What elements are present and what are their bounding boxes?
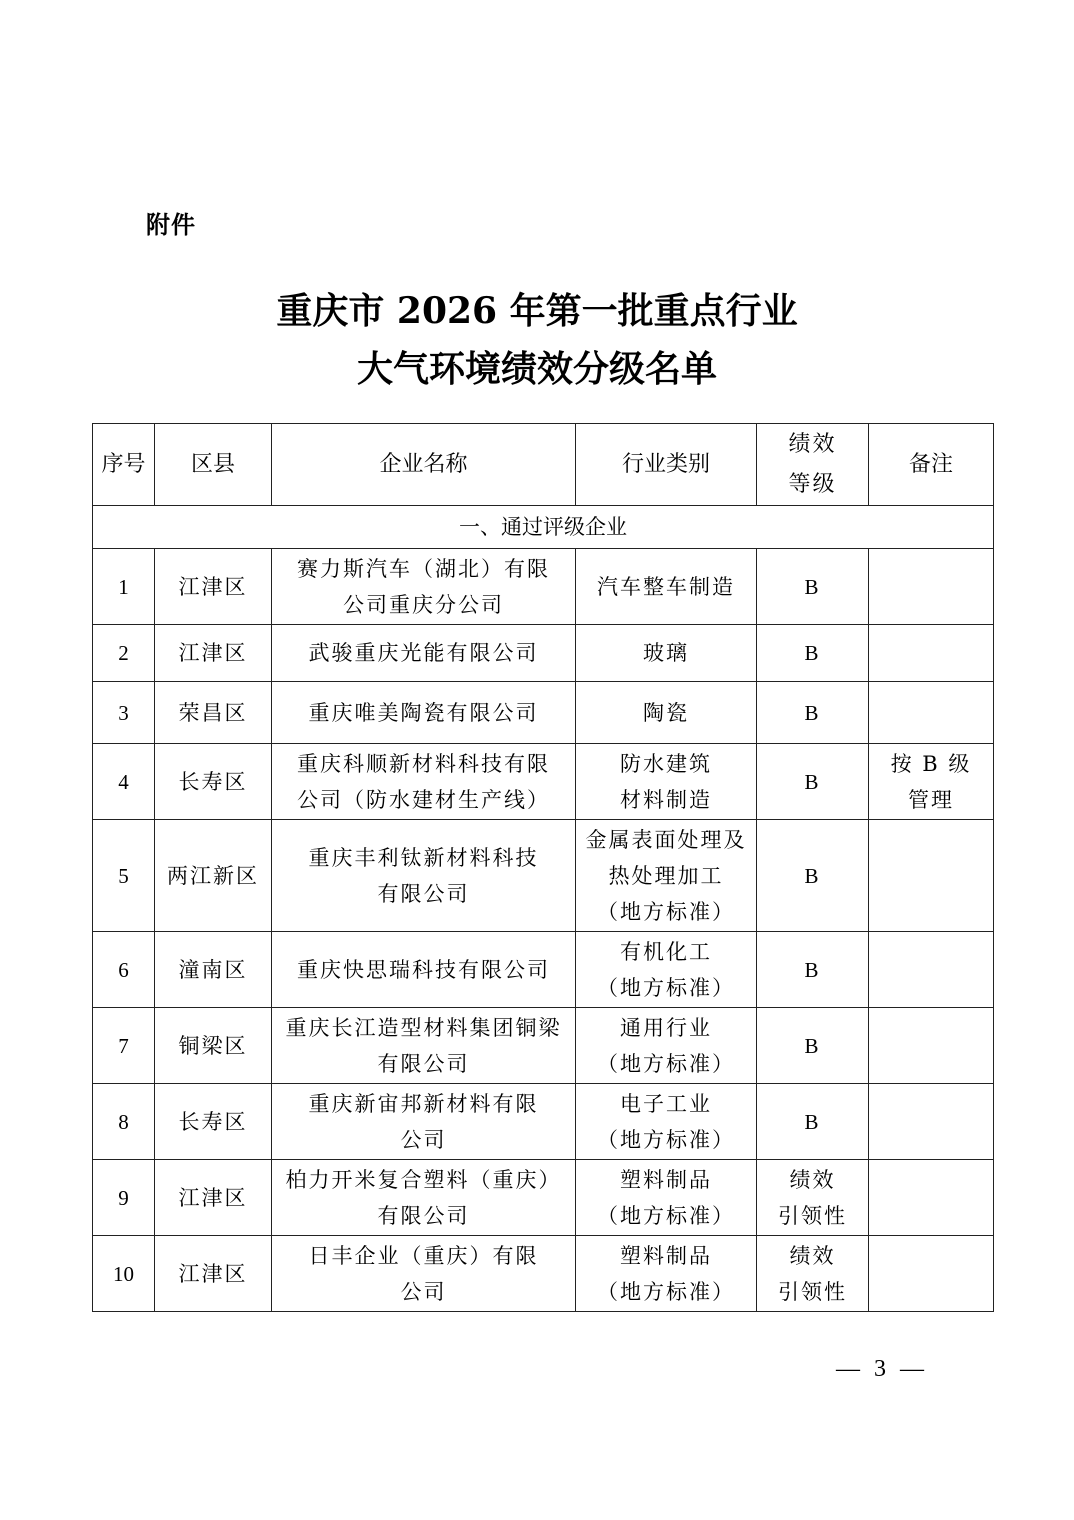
cell-grade-line: B (757, 1104, 868, 1140)
cell-industry: 通用行业（地方标准） (576, 1008, 757, 1084)
cell-grade-line: 引领性 (757, 1274, 868, 1310)
cell-seq: 3 (93, 682, 155, 744)
cell-industry-line: 塑料制品 (576, 1162, 756, 1198)
cell-company-line: 重庆唯美陶瓷有限公司 (272, 695, 575, 731)
cell-industry-line: 热处理加工 (576, 858, 756, 894)
cell-industry-line: 陶瓷 (576, 695, 756, 731)
cell-company-line: 有限公司 (272, 1198, 575, 1234)
cell-district: 江津区 (155, 549, 272, 625)
cell-grade-line: B (757, 1028, 868, 1064)
cell-district: 长寿区 (155, 1084, 272, 1160)
table-row: 7铜梁区重庆长江造型材料集团铜梁有限公司通用行业（地方标准）B (93, 1008, 994, 1084)
cell-industry: 电子工业（地方标准） (576, 1084, 757, 1160)
table-row: 5两江新区重庆丰利钛新材料科技有限公司金属表面处理及热处理加工（地方标准）B (93, 820, 994, 932)
cell-remark (869, 549, 994, 625)
cell-remark (869, 1236, 994, 1312)
cell-company: 重庆长江造型材料集团铜梁有限公司 (272, 1008, 576, 1084)
cell-company: 日丰企业（重庆）有限公司 (272, 1236, 576, 1312)
cell-grade: 绩效引领性 (757, 1160, 869, 1236)
cell-seq: 5 (93, 820, 155, 932)
table-row: 3荣昌区重庆唯美陶瓷有限公司陶瓷B (93, 682, 994, 744)
cell-industry-line: 通用行业 (576, 1010, 756, 1046)
cell-company-line: 重庆丰利钛新材料科技 (272, 840, 575, 876)
cell-grade: 绩效引领性 (757, 1236, 869, 1312)
cell-company-line: 公司 (272, 1122, 575, 1158)
cell-industry-line: 电子工业 (576, 1086, 756, 1122)
cell-company: 重庆快思瑞科技有限公司 (272, 932, 576, 1008)
cell-company-line: 重庆长江造型材料集团铜梁 (272, 1010, 575, 1046)
cell-grade: B (757, 744, 869, 820)
cell-seq: 10 (93, 1236, 155, 1312)
cell-industry-line: （地方标准） (576, 970, 756, 1006)
cell-industry-line: （地方标准） (576, 1198, 756, 1234)
cell-district: 铜梁区 (155, 1008, 272, 1084)
cell-industry-line: （地方标准） (576, 894, 756, 930)
header-remark: 备注 (869, 424, 994, 506)
cell-remark (869, 1160, 994, 1236)
cell-district: 江津区 (155, 1160, 272, 1236)
cell-district: 两江新区 (155, 820, 272, 932)
cell-company: 重庆丰利钛新材料科技有限公司 (272, 820, 576, 932)
cell-industry-line: 金属表面处理及 (576, 822, 756, 858)
cell-remark: 按 B 级管理 (869, 744, 994, 820)
cell-industry: 塑料制品（地方标准） (576, 1236, 757, 1312)
cell-remark-line: 按 B 级 (869, 746, 993, 782)
section-row: 一、通过评级企业 (93, 506, 994, 549)
cell-company: 柏力开米复合塑料（重庆）有限公司 (272, 1160, 576, 1236)
cell-seq: 7 (93, 1008, 155, 1084)
cell-industry: 汽车整车制造 (576, 549, 757, 625)
cell-district: 江津区 (155, 1236, 272, 1312)
cell-seq: 6 (93, 932, 155, 1008)
cell-grade: B (757, 932, 869, 1008)
cell-grade: B (757, 625, 869, 682)
cell-company-line: 公司 (272, 1274, 575, 1310)
cell-industry-line: （地方标准） (576, 1122, 756, 1158)
cell-company-line: 赛力斯汽车（湖北）有限 (272, 551, 575, 587)
cell-industry-line: 玻璃 (576, 635, 756, 671)
table-row: 4长寿区重庆科顺新材料科技有限公司（防水建材生产线）防水建筑材料制造B按 B 级… (93, 744, 994, 820)
cell-seq: 8 (93, 1084, 155, 1160)
table-row: 1江津区赛力斯汽车（湖北）有限公司重庆分公司汽车整车制造B (93, 549, 994, 625)
cell-company-line: 重庆快思瑞科技有限公司 (272, 952, 575, 988)
cell-company-line: 有限公司 (272, 876, 575, 912)
cell-grade: B (757, 549, 869, 625)
cell-company: 武骏重庆光能有限公司 (272, 625, 576, 682)
cell-company: 赛力斯汽车（湖北）有限公司重庆分公司 (272, 549, 576, 625)
cell-company: 重庆新宙邦新材料有限公司 (272, 1084, 576, 1160)
cell-district: 潼南区 (155, 932, 272, 1008)
cell-industry-line: 材料制造 (576, 782, 756, 818)
cell-grade-line: B (757, 952, 868, 988)
cell-industry: 玻璃 (576, 625, 757, 682)
cell-company-line: 有限公司 (272, 1046, 575, 1082)
cell-industry-line: 汽车整车制造 (576, 569, 756, 605)
header-grade-line1: 绩效 (757, 425, 868, 465)
header-grade-line2: 等级 (757, 465, 868, 505)
header-district: 区县 (155, 424, 272, 506)
cell-grade-line: B (757, 569, 868, 605)
cell-industry: 塑料制品（地方标准） (576, 1160, 757, 1236)
cell-seq: 9 (93, 1160, 155, 1236)
cell-industry-line: 有机化工 (576, 934, 756, 970)
cell-company-line: 日丰企业（重庆）有限 (272, 1238, 575, 1274)
table-header-row: 序号 区县 企业名称 行业类别 绩效 等级 备注 (93, 424, 994, 506)
cell-company: 重庆科顺新材料科技有限公司（防水建材生产线） (272, 744, 576, 820)
cell-industry: 金属表面处理及热处理加工（地方标准） (576, 820, 757, 932)
document-title: 重庆市 2026 年第一批重点行业 大气环境绩效分级名单 (0, 282, 1074, 398)
cell-company-line: 柏力开米复合塑料（重庆） (272, 1162, 575, 1198)
cell-remark (869, 625, 994, 682)
rating-list-table: 序号 区县 企业名称 行业类别 绩效 等级 备注 一、通过评级企业 1江津区赛力… (92, 423, 994, 1312)
cell-company: 重庆唯美陶瓷有限公司 (272, 682, 576, 744)
cell-industry: 陶瓷 (576, 682, 757, 744)
cell-industry-line: 防水建筑 (576, 746, 756, 782)
table-row: 6潼南区重庆快思瑞科技有限公司有机化工（地方标准）B (93, 932, 994, 1008)
cell-company-line: 公司重庆分公司 (272, 587, 575, 623)
title-line-1: 重庆市 2026 年第一批重点行业 (0, 282, 1074, 340)
title-line-2: 大气环境绩效分级名单 (0, 340, 1074, 398)
cell-remark (869, 682, 994, 744)
cell-remark-line: 管理 (869, 782, 993, 818)
cell-seq: 2 (93, 625, 155, 682)
cell-district: 江津区 (155, 625, 272, 682)
cell-remark (869, 820, 994, 932)
cell-seq: 4 (93, 744, 155, 820)
cell-remark (869, 932, 994, 1008)
cell-industry-line: （地方标准） (576, 1274, 756, 1310)
section-title: 一、通过评级企业 (93, 506, 994, 549)
cell-grade-line: 引领性 (757, 1198, 868, 1234)
cell-grade-line: B (757, 858, 868, 894)
cell-grade-line: 绩效 (757, 1162, 868, 1198)
table-row: 8长寿区重庆新宙邦新材料有限公司电子工业（地方标准）B (93, 1084, 994, 1160)
cell-industry-line: 塑料制品 (576, 1238, 756, 1274)
cell-company-line: 重庆新宙邦新材料有限 (272, 1086, 575, 1122)
cell-company-line: 武骏重庆光能有限公司 (272, 635, 575, 671)
cell-industry-line: （地方标准） (576, 1046, 756, 1082)
cell-company-line: 重庆科顺新材料科技有限 (272, 746, 575, 782)
table-row: 9江津区柏力开米复合塑料（重庆）有限公司塑料制品（地方标准）绩效引领性 (93, 1160, 994, 1236)
cell-grade-line: B (757, 764, 868, 800)
cell-remark (869, 1008, 994, 1084)
cell-district: 荣昌区 (155, 682, 272, 744)
table-row: 10江津区日丰企业（重庆）有限公司塑料制品（地方标准）绩效引领性 (93, 1236, 994, 1312)
cell-industry: 有机化工（地方标准） (576, 932, 757, 1008)
header-industry: 行业类别 (576, 424, 757, 506)
header-seq: 序号 (93, 424, 155, 506)
table-row: 2江津区武骏重庆光能有限公司玻璃B (93, 625, 994, 682)
cell-grade-line: B (757, 695, 868, 731)
cell-grade: B (757, 1084, 869, 1160)
header-grade: 绩效 等级 (757, 424, 869, 506)
cell-grade: B (757, 1008, 869, 1084)
cell-grade: B (757, 682, 869, 744)
attachment-label: 附件 (146, 205, 196, 240)
cell-company-line: 公司（防水建材生产线） (272, 782, 575, 818)
cell-district: 长寿区 (155, 744, 272, 820)
cell-grade-line: 绩效 (757, 1238, 868, 1274)
cell-remark (869, 1084, 994, 1160)
page-number: — 3 — (836, 1356, 928, 1383)
cell-grade: B (757, 820, 869, 932)
cell-seq: 1 (93, 549, 155, 625)
cell-industry: 防水建筑材料制造 (576, 744, 757, 820)
cell-grade-line: B (757, 635, 868, 671)
header-company: 企业名称 (272, 424, 576, 506)
